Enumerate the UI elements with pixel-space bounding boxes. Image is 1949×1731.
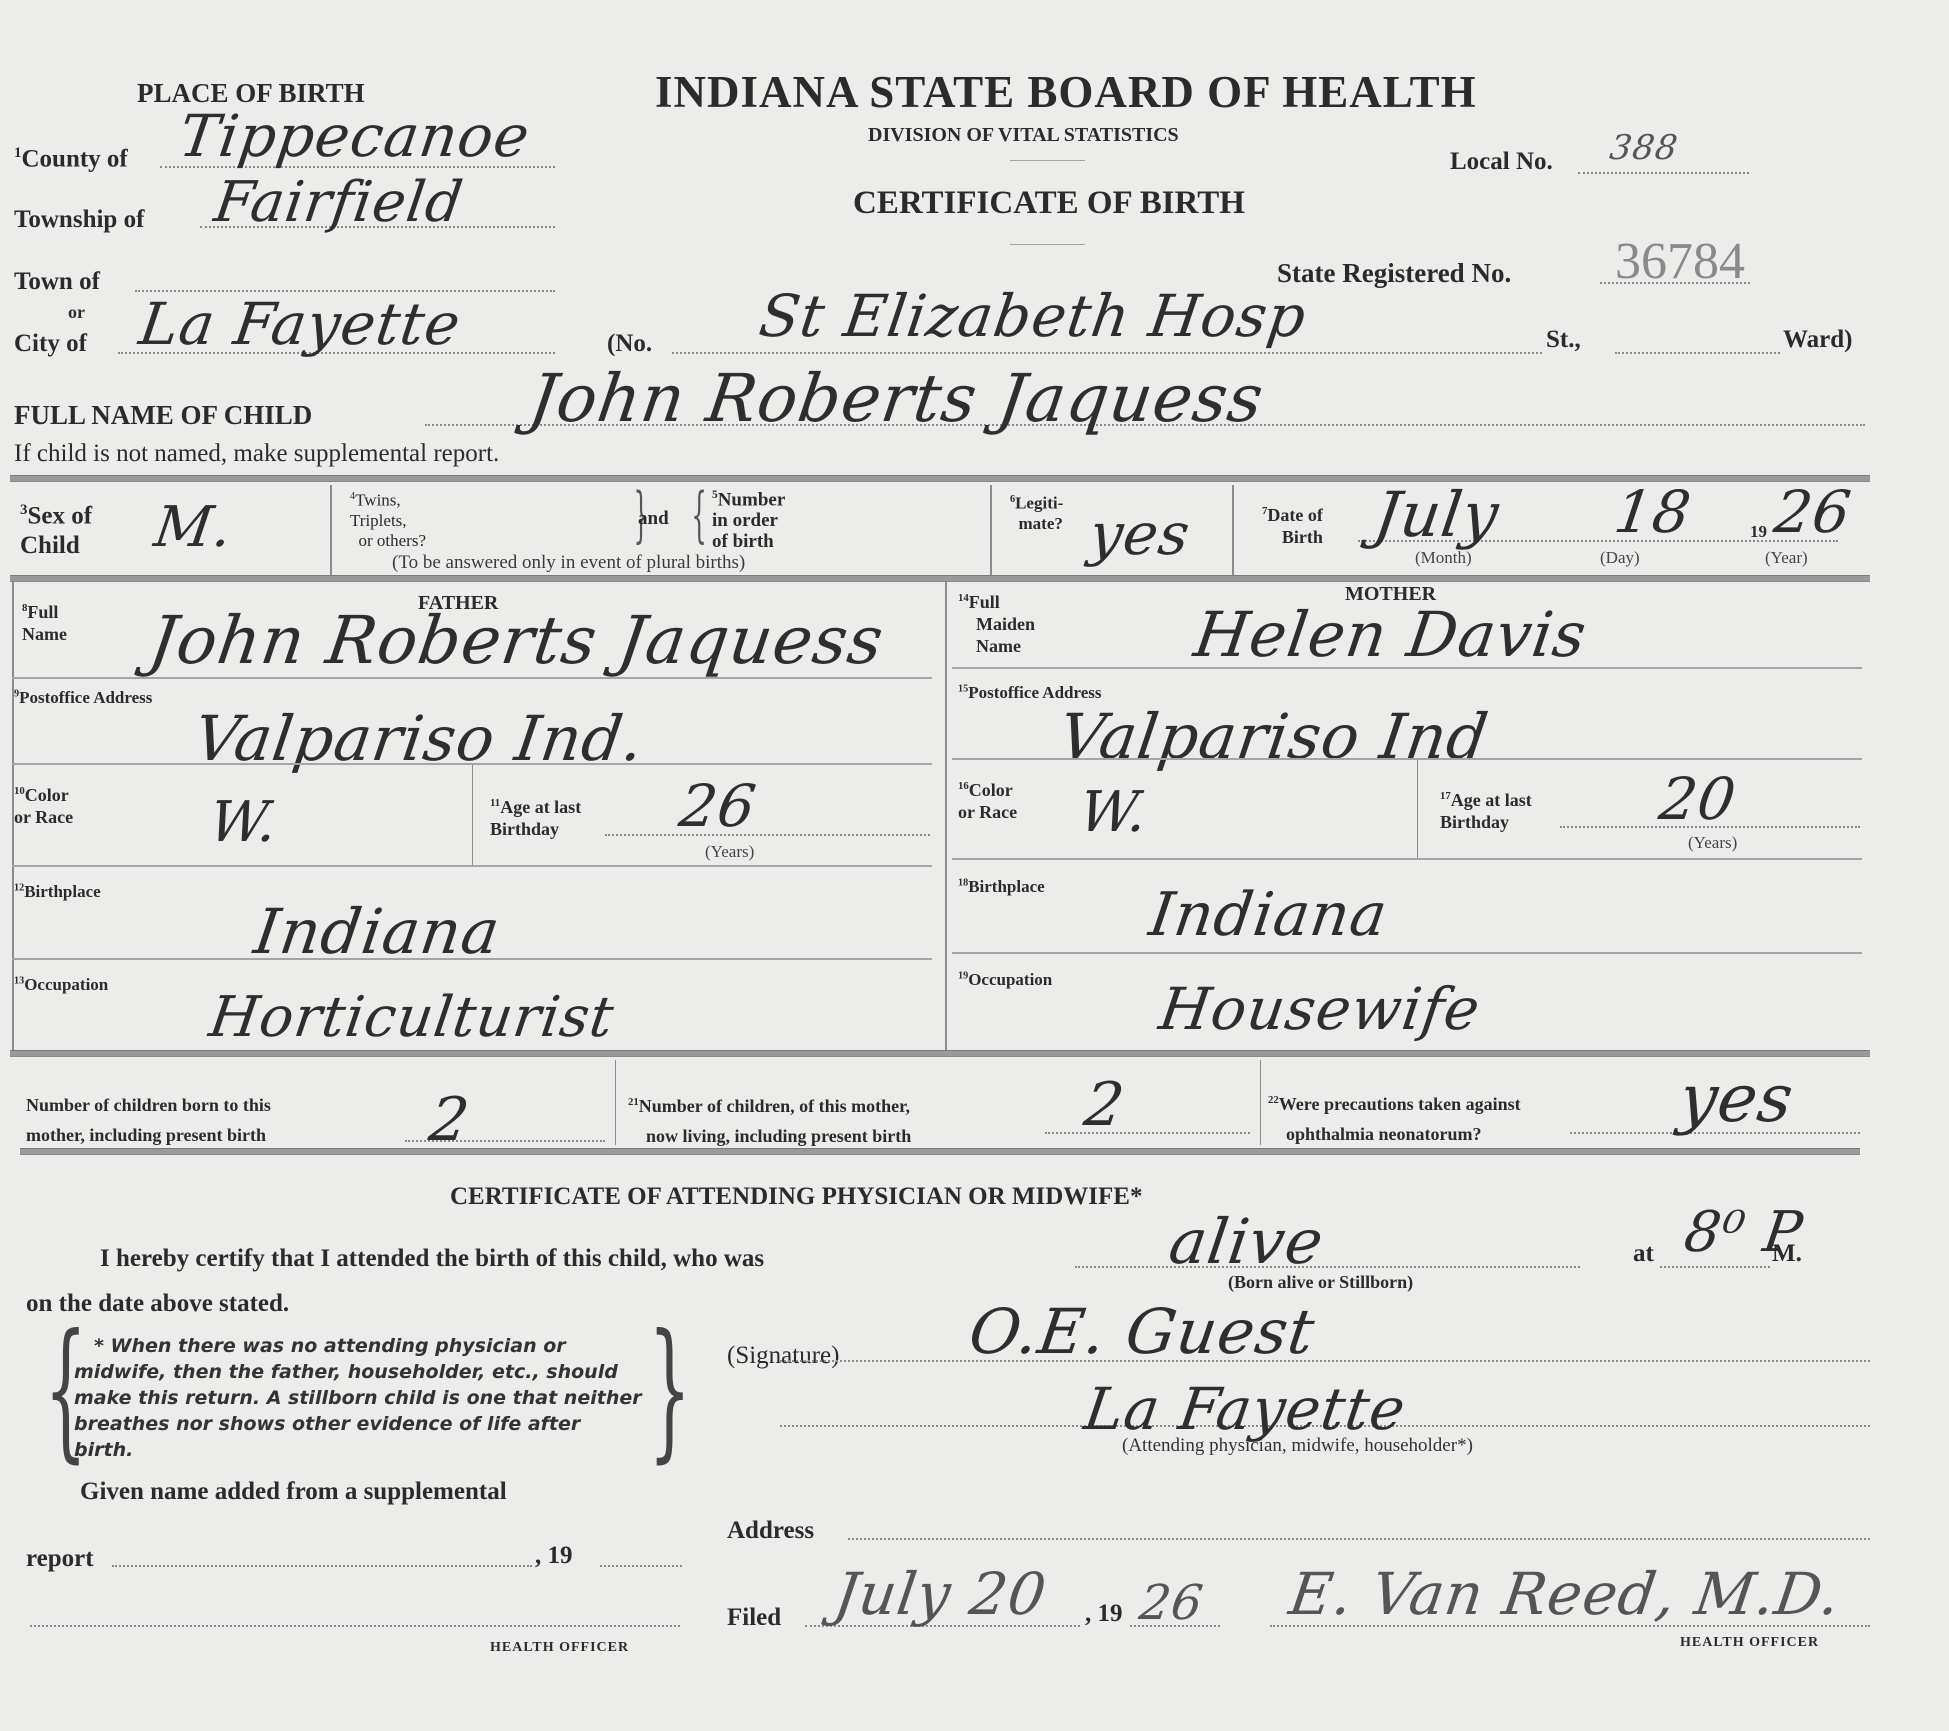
mother-age-label: 17Age at lastBirthday bbox=[1440, 785, 1532, 833]
father-years-caption: (Years) bbox=[705, 842, 754, 862]
mother-birthplace-value: Indiana bbox=[1145, 880, 1392, 950]
signature-city-value: La Fayette bbox=[1080, 1375, 1410, 1443]
filed-year-value: 26 bbox=[1136, 1575, 1207, 1631]
dob-year: 26 bbox=[1770, 478, 1855, 546]
brace-left: { bbox=[691, 480, 706, 550]
and-label: and bbox=[638, 508, 669, 530]
county-value: Tippecanoe bbox=[175, 102, 534, 170]
dob-day: 18 bbox=[1610, 478, 1695, 546]
at-label: at bbox=[1633, 1240, 1654, 1268]
twins-label: 4Twins,Triplets, or others? bbox=[350, 487, 426, 551]
local-no-label: Local No. bbox=[1450, 148, 1553, 176]
address-label: Address bbox=[727, 1517, 814, 1545]
children-born-value: 2 bbox=[425, 1085, 474, 1155]
plural-note: (To be answered only in event of plural … bbox=[392, 552, 745, 574]
legit-value: yes bbox=[1085, 500, 1194, 568]
filed-label: Filed bbox=[727, 1604, 781, 1632]
father-race-value: W. bbox=[205, 790, 282, 855]
father-age-value: 26 bbox=[675, 772, 760, 840]
signature-value: O.E. Guest bbox=[965, 1295, 1320, 1368]
father-age-label: 11Age at lastBirthday bbox=[490, 792, 581, 840]
children-born-label: Number of children born to thismother, i… bbox=[26, 1090, 271, 1150]
or-label: or bbox=[68, 302, 85, 323]
father-occupation-label: 13Occupation bbox=[14, 975, 108, 995]
filed-century: , 19 bbox=[1085, 1600, 1123, 1628]
agency-title: INDIANA STATE BOARD OF HEALTH bbox=[655, 66, 1477, 118]
certify-text: I hereby certify that I attended the bir… bbox=[100, 1245, 764, 1273]
officer-signature-value: E. Van Reed, M.D. bbox=[1285, 1560, 1845, 1628]
mother-years-caption: (Years) bbox=[1688, 833, 1737, 853]
children-living-value: 2 bbox=[1080, 1070, 1129, 1140]
precaution-value: yes bbox=[1675, 1060, 1799, 1137]
mother-occupation-value: Housewife bbox=[1155, 975, 1484, 1043]
sex-label: 3Sex ofChild bbox=[20, 495, 92, 561]
dob-century: 19 bbox=[1750, 522, 1767, 542]
birth-certificate: PLACE OF BIRTH INDIANA STATE BOARD OF HE… bbox=[0, 0, 1949, 1731]
signature-caption: (Attending physician, midwife, household… bbox=[1122, 1435, 1473, 1457]
mother-name-label: 14Full Maiden Name bbox=[958, 587, 1035, 657]
mother-birthplace-label: 18Birthplace bbox=[958, 877, 1045, 897]
father-race-label: 10Coloror Race bbox=[14, 780, 73, 828]
children-living-label: 21Number of children, of this mother, no… bbox=[628, 1087, 911, 1151]
ward-label: Ward) bbox=[1783, 326, 1852, 354]
day-caption: (Day) bbox=[1600, 548, 1640, 568]
father-name-value: John Roberts Jaquess bbox=[145, 602, 889, 679]
sex-value: M. bbox=[150, 495, 236, 560]
not-named-note: If child is not named, make supplemental… bbox=[14, 440, 499, 468]
health-officer-left: HEALTH OFFICER bbox=[490, 1640, 629, 1656]
note-brace-right: } bbox=[648, 1315, 691, 1465]
street-value: St Elizabeth Hosp bbox=[755, 282, 1311, 350]
mother-age-value: 20 bbox=[1655, 765, 1740, 833]
state-reg-label: State Registered No. bbox=[1277, 258, 1511, 289]
dob-label: 7Date of Birth bbox=[1262, 500, 1323, 548]
mother-name-value: Helen Davis bbox=[1190, 598, 1592, 671]
order-label: 5Numberin orderof birth bbox=[712, 485, 785, 552]
father-birthplace-label: 12Birthplace bbox=[14, 882, 101, 902]
dob-month: July bbox=[1370, 478, 1504, 551]
signature-label: (Signature) bbox=[727, 1342, 839, 1370]
precaution-label: 22Were precautions taken against ophthal… bbox=[1268, 1085, 1521, 1149]
county-label: 1County of bbox=[14, 145, 128, 173]
legit-label: 6Legiti- mate? bbox=[1010, 490, 1063, 534]
father-address-label: 9Postoffice Address bbox=[14, 688, 152, 708]
report-label: report bbox=[26, 1545, 94, 1573]
certificate-title: CERTIFICATE OF BIRTH bbox=[853, 185, 1245, 222]
physician-heading: CERTIFICATE OF ATTENDING PHYSICIAN OR MI… bbox=[450, 1183, 1142, 1211]
father-name-label: 8FullName bbox=[22, 597, 67, 645]
mother-occupation-label: 19Occupation bbox=[958, 970, 1052, 990]
township-label: Township of bbox=[14, 206, 144, 234]
mother-address-value: Valpariso Ind bbox=[1055, 700, 1493, 773]
town-label: Town of bbox=[14, 268, 100, 296]
year-caption: (Year) bbox=[1765, 548, 1808, 568]
footnote: * When there was no attending physician … bbox=[74, 1333, 644, 1463]
given-name-text: Given name added from a supplemental bbox=[80, 1478, 507, 1506]
city-label: City of bbox=[14, 330, 87, 358]
no-label: (No. bbox=[607, 330, 652, 358]
division-title: DIVISION OF VITAL STATISTICS bbox=[868, 124, 1179, 147]
mother-race-value: W. bbox=[1075, 780, 1152, 845]
status-caption: (Born alive or Stillborn) bbox=[1228, 1272, 1413, 1293]
birth-status-value: alive bbox=[1165, 1205, 1329, 1278]
month-caption: (Month) bbox=[1415, 548, 1472, 568]
filed-date-value: July 20 bbox=[830, 1560, 1051, 1628]
mother-race-label: 16Coloror Race bbox=[958, 775, 1017, 823]
full-name-child-value: John Roberts Jaquess bbox=[525, 360, 1269, 437]
local-no-value: 388 bbox=[1607, 128, 1681, 168]
full-name-child-label: FULL NAME OF CHILD bbox=[14, 400, 312, 431]
report-year-prefix: , 19 bbox=[535, 1542, 573, 1570]
township-value: Fairfield bbox=[210, 170, 467, 235]
st-label: St., bbox=[1546, 326, 1581, 354]
city-value: La Fayette bbox=[135, 290, 465, 358]
m-label: M. bbox=[1772, 1240, 1802, 1268]
health-officer-right: HEALTH OFFICER bbox=[1680, 1635, 1819, 1651]
father-occupation-value: Horticulturist bbox=[205, 985, 618, 1050]
state-reg-value: 36784 bbox=[1615, 232, 1745, 291]
